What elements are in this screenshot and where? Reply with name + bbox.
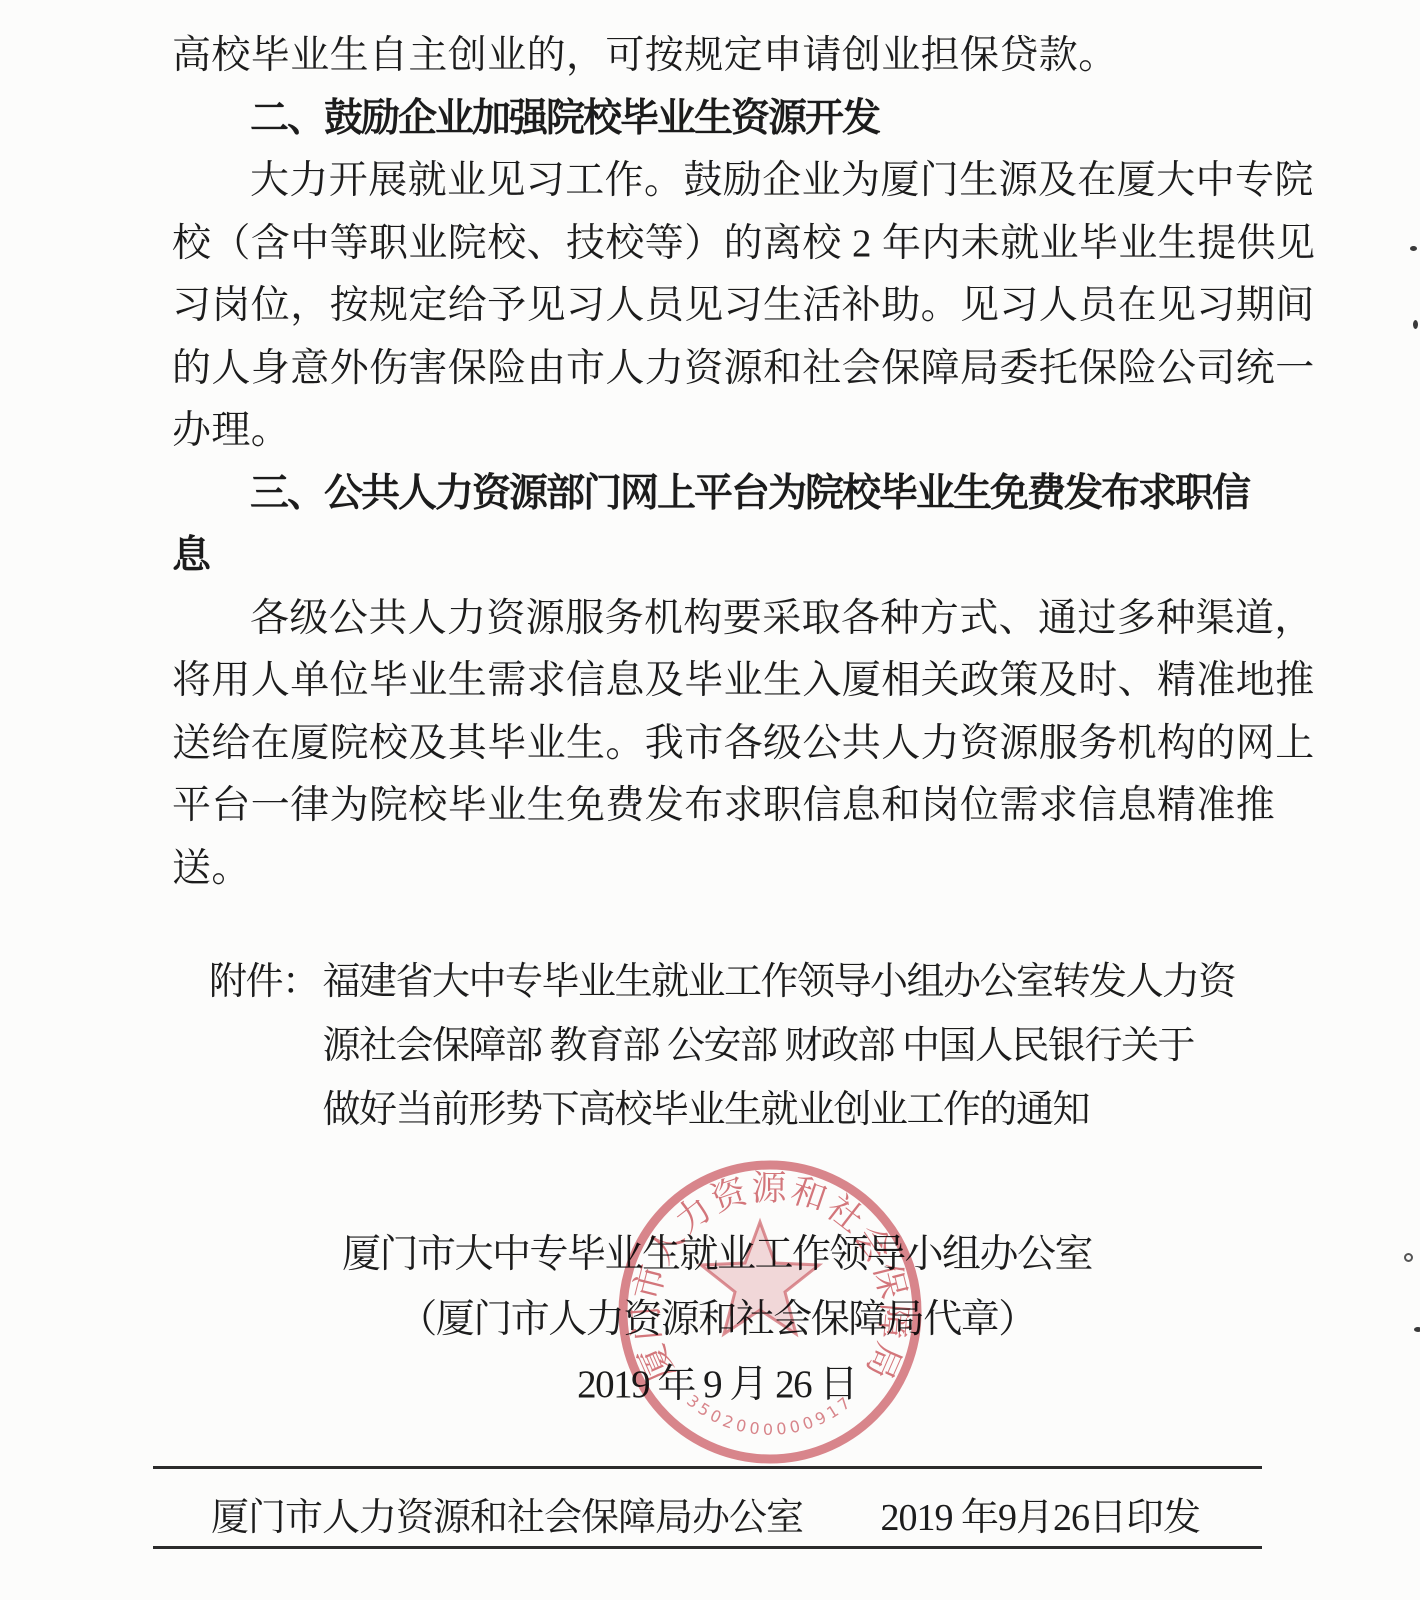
scan-speck (1414, 1327, 1420, 1332)
attachment-block: 附件： 福建省大中专毕业生就业工作领导小组办公室转发人力资 源社会保障部 教育部… (209, 950, 1235, 1142)
heading-line-3: 三、公共人力资源部门网上平台为院校毕业生免费发布求职信 (172, 463, 1250, 526)
heading-line-3-cont: 息 (172, 525, 1250, 588)
footer-office: 厦门市人力资源和社会保障局办公室 (211, 1486, 803, 1541)
body-line: 送。 (172, 838, 1250, 901)
body-line: 送给在厦院校及其毕业生。我市各级公共人力资源服务机构的网上 (172, 713, 1250, 776)
document-body: 高校毕业生自主创业的，可按规定申请创业担保贷款。 二、鼓励企业加强院校毕业生资源… (172, 25, 1250, 900)
attachment-line: 福建省大中专毕业生就业工作领导小组办公室转发人力资 (323, 950, 1236, 1014)
scan-speck (1413, 320, 1418, 329)
body-line: 习岗位，按规定给予见习人员见习生活补助。见习人员在见习期间 (172, 275, 1250, 338)
body-line: 将用人单位毕业生需求信息及毕业生入厦相关政策及时、精准地推 (172, 650, 1250, 713)
body-line: 高校毕业生自主创业的，可按规定申请创业担保贷款。 (172, 25, 1250, 88)
attachment-label: 附件： (209, 950, 319, 1014)
scan-speck (1404, 1253, 1413, 1262)
document-page: 高校毕业生自主创业的，可按规定申请创业担保贷款。 二、鼓励企业加强院校毕业生资源… (0, 0, 1420, 1600)
signature-block: 厦门市大中专毕业生就业工作领导小组办公室 （厦门市人力资源和社会保障局代章） 2… (342, 1222, 1092, 1417)
body-line: 各级公共人力资源服务机构要采取各种方式、通过多种渠道， (172, 588, 1250, 651)
body-line: 大力开展就业见习工作。鼓励企业为厦门生源及在厦大中专院 (172, 150, 1250, 213)
footer: 厦门市人力资源和社会保障局办公室 2019 年9月26日印发 (153, 1466, 1262, 1541)
body-line: 办理。 (172, 400, 1250, 463)
signature-date: 2019 年 9 月 26 日 (342, 1352, 1092, 1417)
signature-issuer: 厦门市大中专毕业生就业工作领导小组办公室 (342, 1222, 1092, 1287)
body-line: 校（含中等职业院校、技校等）的离校 2 年内未就业毕业生提供见 (172, 213, 1250, 276)
attachment-line: 源社会保障部 教育部 公安部 财政部 中国人民银行关于 (323, 1014, 1236, 1078)
footer-rule-bottom (153, 1546, 1262, 1549)
scan-speck (1410, 246, 1417, 251)
body-line: 的人身意外伤害保险由市人力资源和社会保障局委托保险公司统一 (172, 338, 1250, 401)
heading-line-2: 二、鼓励企业加强院校毕业生资源开发 (172, 88, 1250, 151)
body-line: 平台一律为院校毕业生免费发布求职信息和岗位需求信息精准推 (172, 775, 1250, 838)
attachment-line: 做好当前形势下高校毕业生就业创业工作的通知 (323, 1078, 1236, 1142)
footer-print-date: 2019 年9月26日印发 (880, 1486, 1200, 1541)
signature-issuer-note: （厦门市人力资源和社会保障局代章） (342, 1287, 1092, 1352)
